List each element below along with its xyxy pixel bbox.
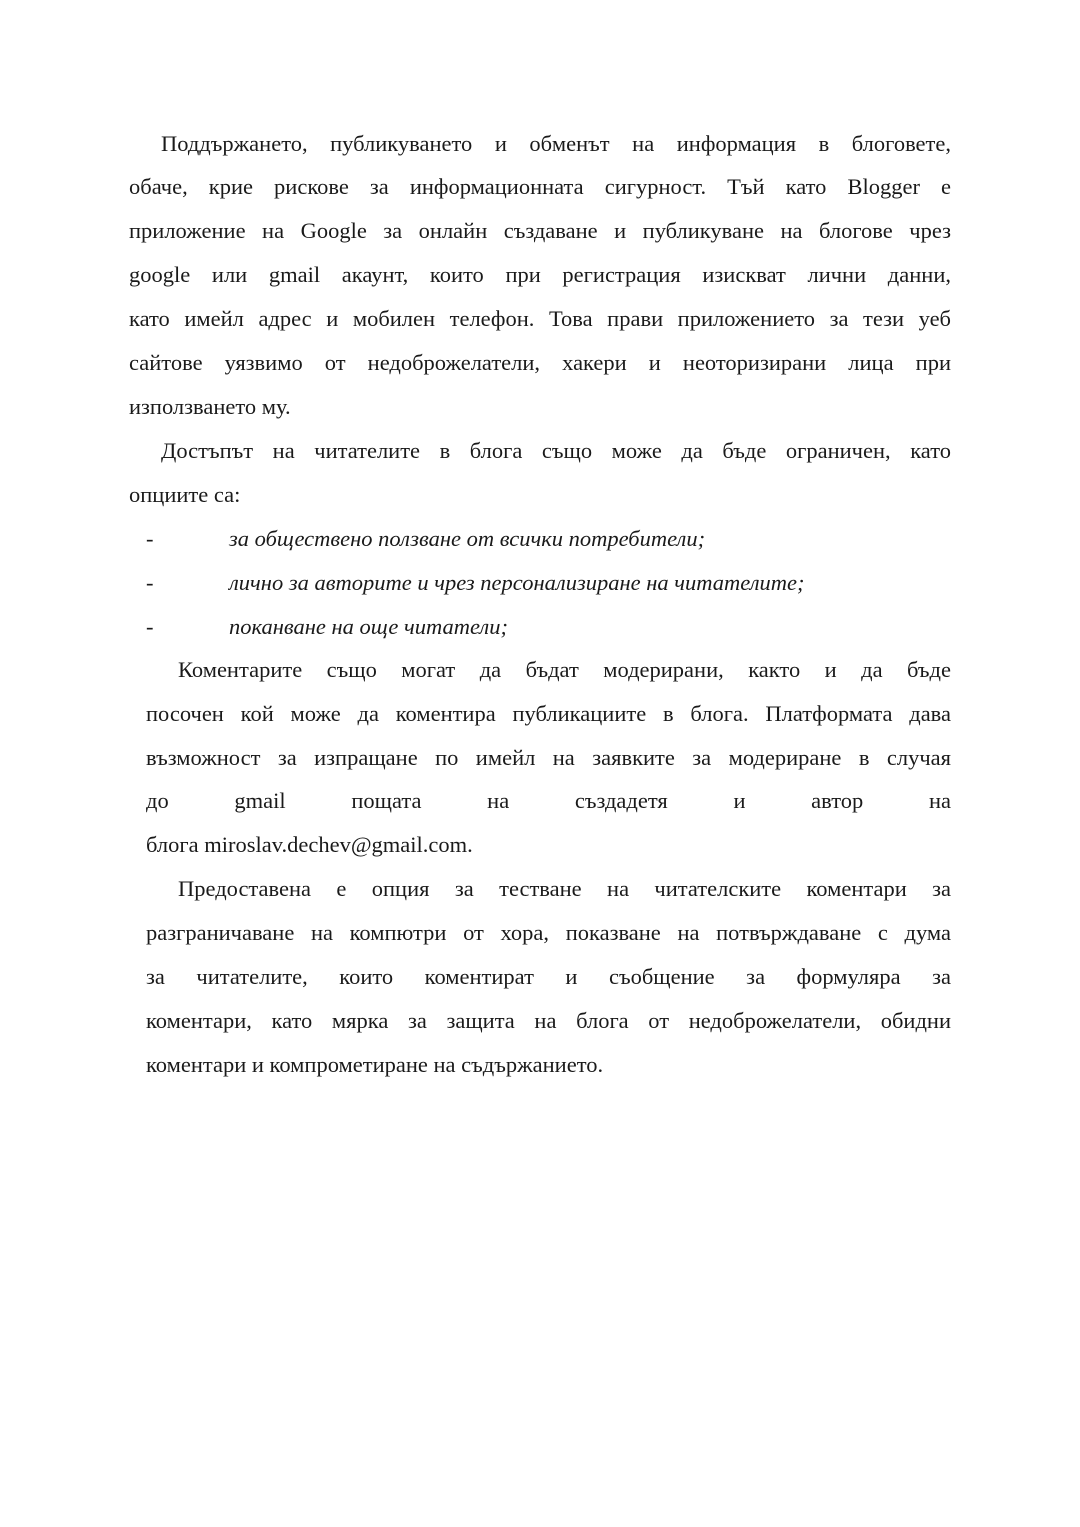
paragraph-line: Достъпът на читателите в блога също може… xyxy=(161,436,951,466)
paragraph-line: посочен кой може да коментира публикации… xyxy=(146,699,951,729)
paragraph-line: google или gmail акаунт, които при регис… xyxy=(129,260,951,290)
list-item-text: поканване на още читатели; xyxy=(229,612,508,642)
paragraph-line: коментари, като мярка за защита на блога… xyxy=(146,1006,951,1036)
dash-marker: - xyxy=(146,612,154,642)
dash-marker: - xyxy=(146,524,154,554)
paragraph-line: използването му. xyxy=(129,392,951,422)
paragraph-line: коментари и компрометиране на съдържание… xyxy=(146,1050,951,1080)
paragraph-line: Поддържането, публикуването и обменът на… xyxy=(161,129,951,159)
paragraph-line: блога miroslav.dechev@gmail.com. xyxy=(146,830,951,860)
paragraph-line: приложение на Google за онлайн създаване… xyxy=(129,216,951,246)
list-item-text: за обществено ползване от всички потреби… xyxy=(229,524,705,554)
paragraph-line: обаче, крие рискове за информационната с… xyxy=(129,172,951,202)
list-item-text: лично за авторите и чрез персонализиране… xyxy=(229,568,805,598)
dash-marker: - xyxy=(146,568,154,598)
paragraph-line: до gmail пощата на създадетя и автор на xyxy=(146,786,951,816)
document-page: Поддържането, публикуването и обменът на… xyxy=(0,0,1080,1527)
paragraph-line: опциите са: xyxy=(129,480,951,510)
paragraph-line: Коментарите също могат да бъдат модерира… xyxy=(178,655,951,685)
paragraph-line: за читателите, които коментират и съобще… xyxy=(146,962,951,992)
paragraph-line: сайтове уязвимо от недоброжелатели, хаке… xyxy=(129,348,951,378)
paragraph-line: разграничаване на компютри от хора, пока… xyxy=(146,918,951,948)
paragraph-line: Предоставена е опция за тестване на чита… xyxy=(178,874,951,904)
paragraph-line: възможност за изпращане по имейл на заяв… xyxy=(146,743,951,773)
paragraph-line: като имейл адрес и мобилен телефон. Това… xyxy=(129,304,951,334)
